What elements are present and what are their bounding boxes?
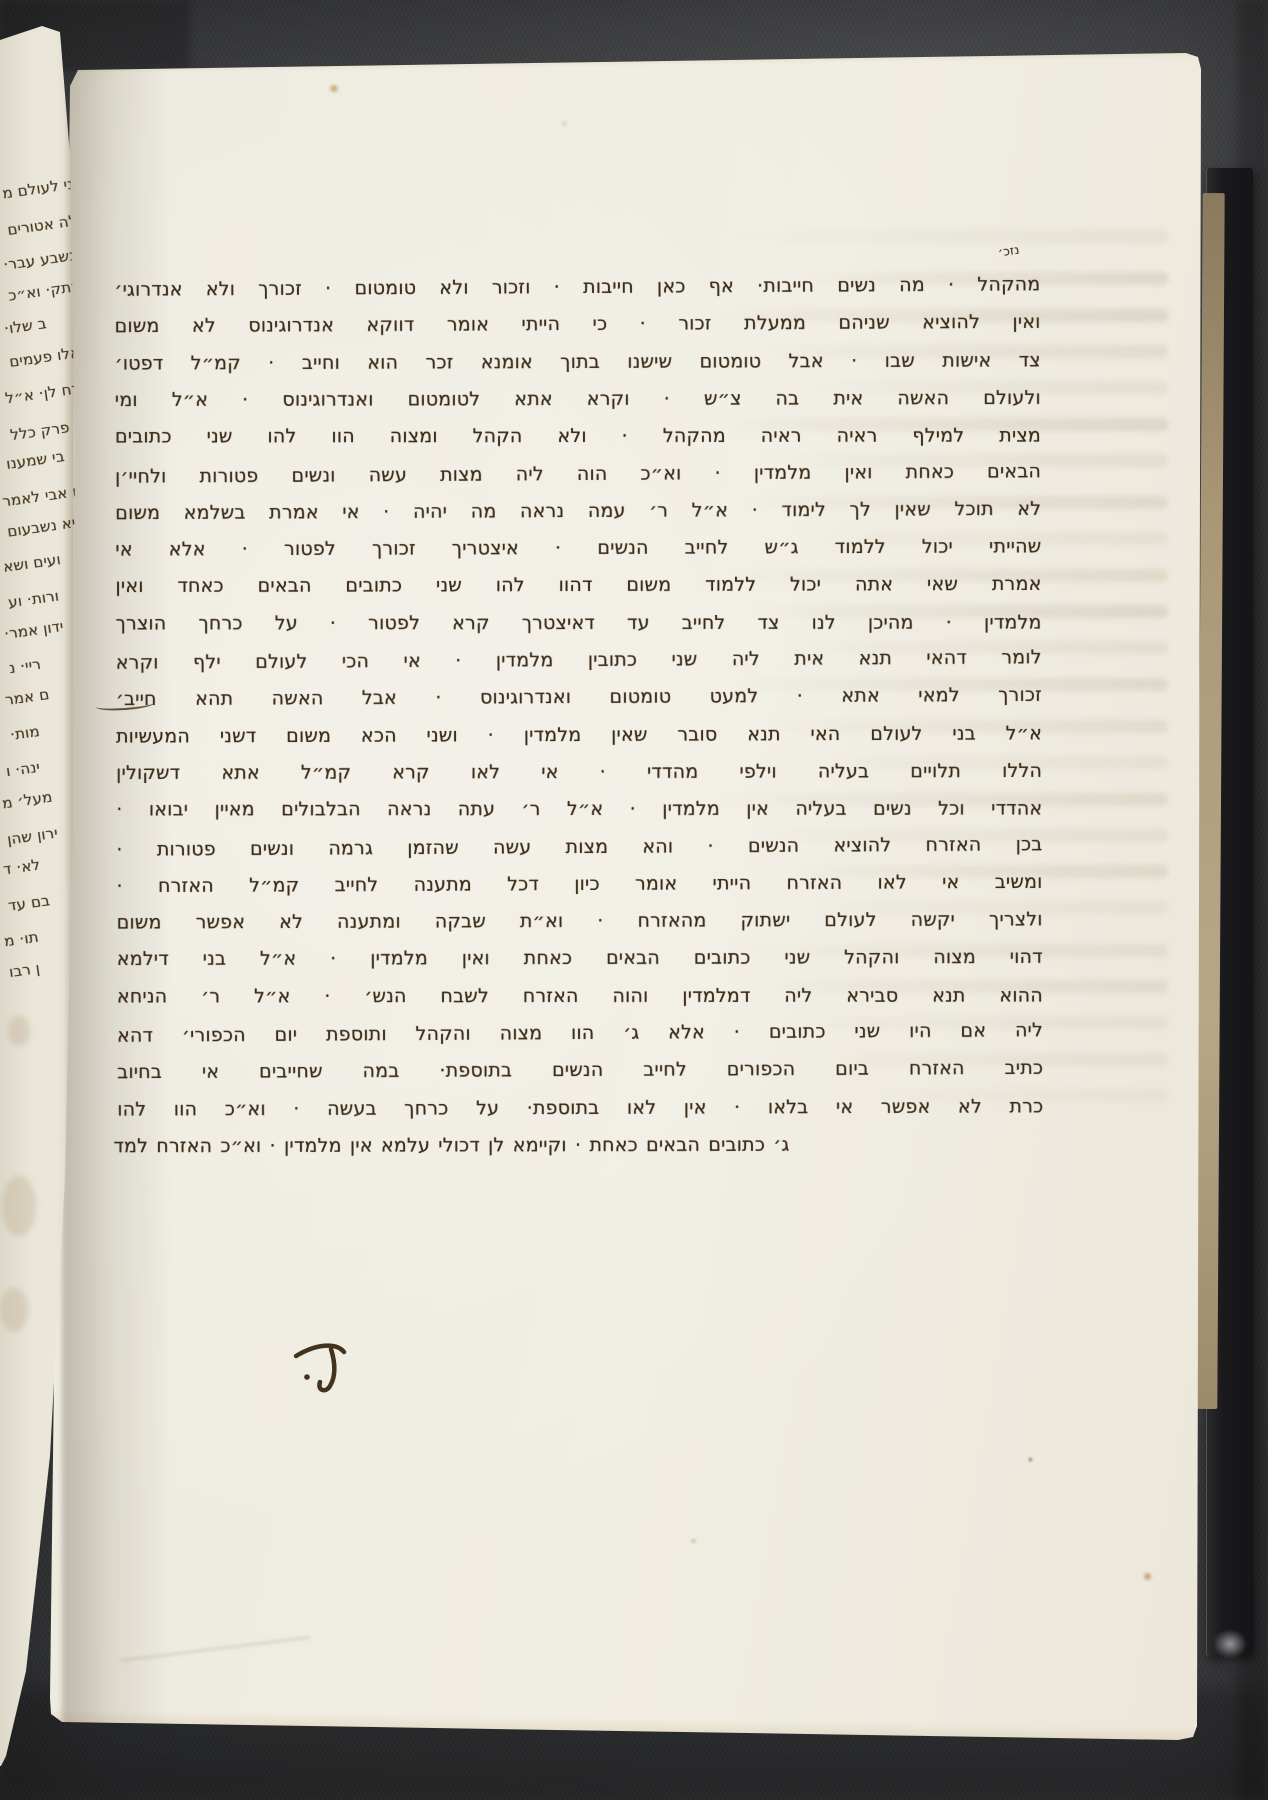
manuscript-line: בכן האזרח להוציא הנשים · והא מצות עשה שה… [116,827,1042,869]
manuscript-line: אמרת שאי אתה יכול ללמוד משום דהוו להו שנ… [115,567,1041,606]
stain [2,1176,36,1236]
facing-page-text-fragment: ורות· וע [7,587,60,612]
facing-page-text-fragment: ריי· נ [8,655,42,677]
manuscript-line: לא תוכל שאין לך לימוד · א״ל ר׳ עמה נראה … [115,492,1041,533]
manuscript-line: ליה אם היו שני כתובים · אלא ג׳ הוו מצוה … [117,1013,1043,1055]
manuscript-line: דהוי מצוה והקהל שני כתובים הבאים כאחת וא… [117,940,1043,979]
manuscript-line: ולעולם האשה אית בה צ״ש · וקרא אתא לטומטו… [115,381,1041,420]
manuscript-line: כתיב האזרח ביום הכפורים לחייב הנשים בתוס… [117,1051,1043,1092]
manuscript-line: כרת לא אפשר אי בלאו · אין לאו בתוספת· על… [117,1089,1043,1129]
manuscript-line: מצית למילף ראיה ראיה מהקהל · ולא הקהל ומ… [115,419,1041,457]
foxing-spot [1142,1572,1153,1581]
facing-page-text-fragment: ב שלו· [3,314,48,338]
manuscript-line: לומר דהאי תנא אית ליה שני כתובין מלמדין … [116,640,1042,682]
manuscript-line: ג׳ כתובים הבאים כאחת · וקיימא לן דכולי ע… [117,1128,789,1167]
facing-page-text-fragment: ינה· ו [5,758,41,781]
manuscript-line: זכורך למאי אתא · למעט טומטום ואנדרוגינוס… [116,678,1042,719]
facing-page-text-fragment: תו· מ [3,928,40,951]
manuscript-line: ומשיב אי לאו האזרח הייתי אומר כיון דכל מ… [116,865,1042,906]
foxing-spot [560,120,569,127]
manuscript-line: הללו תלויים בעליה וילפי מהדדי · אי לאו ק… [116,754,1042,793]
foxing-spot [1028,1457,1033,1462]
showthrough-line [728,230,1168,243]
manuscript-line: מלמדין · מהיכן לנו צד לחייב עד דאיצטרך ק… [116,605,1042,643]
text-block: מהקהל · מה נשים חייבות· אף כאן חייבות · … [114,268,1043,1191]
facing-page-text-fragment: מעל׳ מ [1,788,54,813]
manuscript-line: מהקהל · מה נשים חייבות· אף כאן חייבות · … [114,267,1040,309]
manuscript-line: אהדדי וכל נשים בעליה אין מלמדין · א״ל ר׳… [116,792,1042,830]
manuscript-line: א״ל בני לעולם האי תנא סובר שאין מלמדין ·… [116,716,1042,756]
manuscript-line: ולצריך יקשה לעולם ישתוק מהאזרח · וא״ת שב… [117,902,1043,942]
manuscript-line: צד אישות שבו · אבל טומטום שישנו בתוך אומ… [115,343,1041,383]
facing-page-text-fragment: ירון שהן [6,824,59,849]
scribal-mark-icon [290,1336,350,1400]
manuscript-line: ההוא תנא סבירא ליה דמלמדין והוה האזרח לש… [117,978,1043,1016]
facing-page-text-fragment: בם עד [7,891,51,915]
foxing-spot [328,84,340,93]
facing-page-text-fragment: מות· [9,722,41,744]
manuscript-page: מהקהל · מה נשים חייבות· אף כאן חייבות · … [0,0,1268,1800]
facing-page-text-fragment: ן רבו [8,959,41,981]
facing-page-text-fragment: בי שמענו [5,447,66,473]
stain [0,1288,28,1332]
facing-page-text-fragment: ועים ושא [2,550,62,576]
stain [8,1016,30,1046]
manuscript-line: ואין להוציא שניהם ממעלת זכור · כי הייתי … [115,305,1041,346]
facing-page-text-fragment: ם אמר [4,685,50,709]
facing-page-text-fragment: לא· ד [2,855,41,878]
foxing-spot [690,1538,697,1544]
manuscript-line: הבאים כאחת ואין מלמדין · וא״כ הוה ליה מצ… [115,454,1041,496]
facing-page-text-fragment: ידון אמר· [3,617,65,643]
chalk-scuff-mark [1214,1630,1246,1658]
manuscript-line: שהייתי יכול ללמוד ג״ש לחייב הנשים · איצט… [115,529,1041,569]
